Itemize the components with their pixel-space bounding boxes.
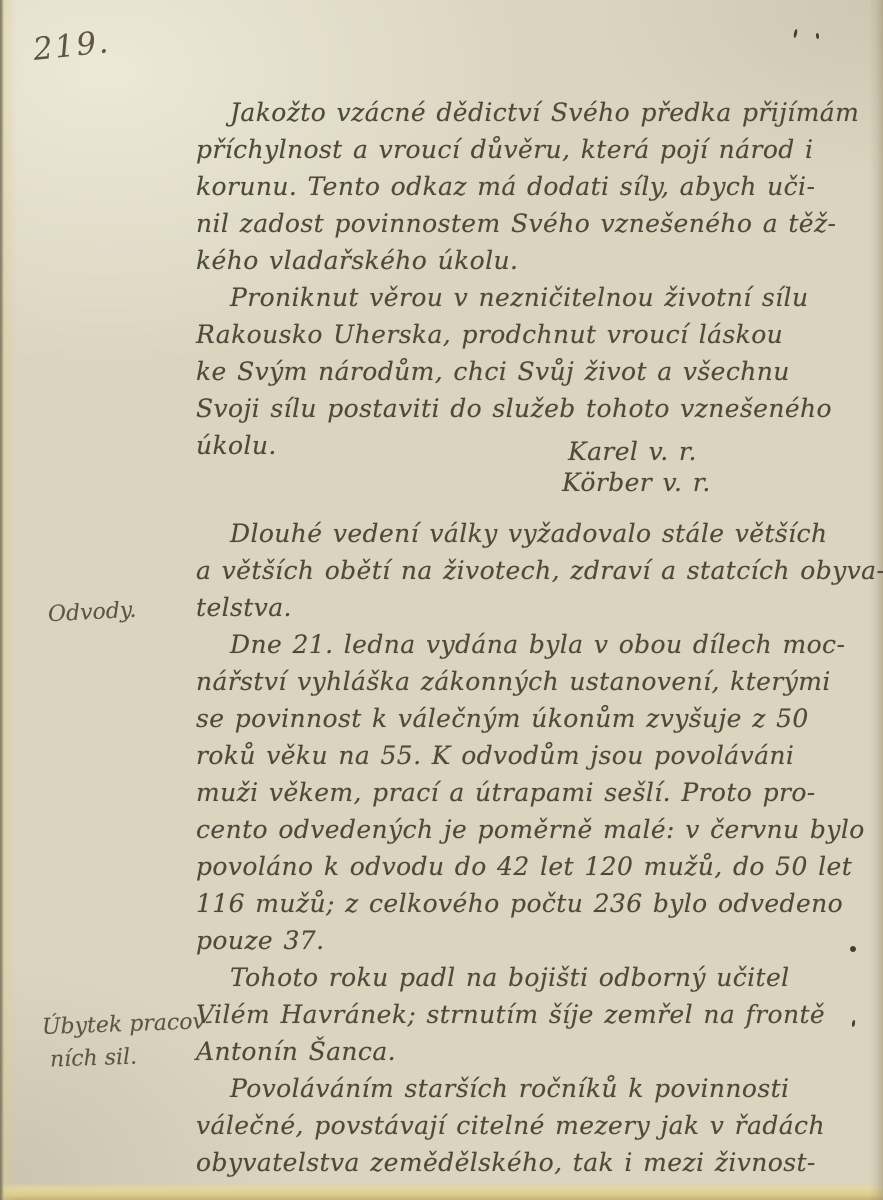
text-line: muži věkem, prací a útrapami sešlí. Prot… [196,774,868,811]
text-line: nářství vyhláška zákonných ustanovení, k… [196,663,868,700]
margin-note-odvody: Odvody. [47,598,137,628]
text-line-fragment: úkolu. [196,431,277,460]
page-number: 219. [31,24,111,68]
text-line: 116 mužů; z celkového počtu 236 bylo odv… [196,885,868,922]
text-line: kého vladařského úkolu. [196,242,868,279]
text-line: se povinnost k válečným úkonům zvyšuje z… [196,700,868,737]
text-line: povoláno k odvodu do 42 let 120 mužů, do… [196,848,868,885]
signature-line: Körber v. r. [196,464,868,501]
text-line: roků věku na 55. K odvodům jsou povolává… [196,737,868,774]
signature-koerber: Körber v. r. [562,464,711,501]
text-line: pouze 37. [196,922,868,959]
text-line: a větších obětí na životech, zdraví a st… [196,552,868,589]
text-line: Antonín Šanca. [196,1033,868,1070]
text-line: Jakožto vzácné dědictví Svého předka při… [196,94,868,131]
text-line: Proniknut věrou v nezničitelnou životní … [196,279,868,316]
text-line: Tohoto roku padl na bojišti odborný učit… [196,959,868,996]
text-line: Rakousko Uherska, prodchnut vroucí lásko… [196,316,868,353]
text-line: Svoji sílu postaviti do služeb tohoto vz… [196,390,868,427]
text-line: ke Svým národům, chci Svůj život a všech… [196,353,868,390]
text-line: příchylnost a vroucí důvěru, která pojí … [196,131,868,168]
text-line: obyvatelstva zemědělského, tak i mezi ži… [196,1144,868,1181]
text-line: Vilém Havránek; strnutím šíje zemřel na … [196,996,868,1033]
text-line: úkolu. Karel v. r. [196,427,868,464]
text-line: Dlouhé vedení války vyžadovalo stále vět… [196,515,868,552]
text-line: nil zadost povinnostem Svého vznešeného … [196,205,868,242]
text-line: telstva. [196,589,868,626]
ink-speck [816,33,820,39]
main-text-column: Jakožto vzácné dědictví Svého předka při… [196,94,868,1181]
text-line: válečné, povstávají citelné mezery jak v… [196,1107,868,1144]
margin-note-ubytek-line1: Úbytek pracov- [42,1009,213,1040]
text-line: cento odvedených je poměrně malé: v červ… [196,811,868,848]
manuscript-page: 219. Odvody. Úbytek pracov- ních sil. Ja… [0,0,883,1200]
text-line: korunu. Tento odkaz má dodati síly, abyc… [196,168,868,205]
text-line: Povoláváním starších ročníků k povinnost… [196,1070,868,1107]
text-line: Dne 21. ledna vydána byla v obou dílech … [196,626,868,663]
ink-speck [793,29,798,38]
margin-note-ubytek-line2: ních sil. [50,1044,138,1072]
